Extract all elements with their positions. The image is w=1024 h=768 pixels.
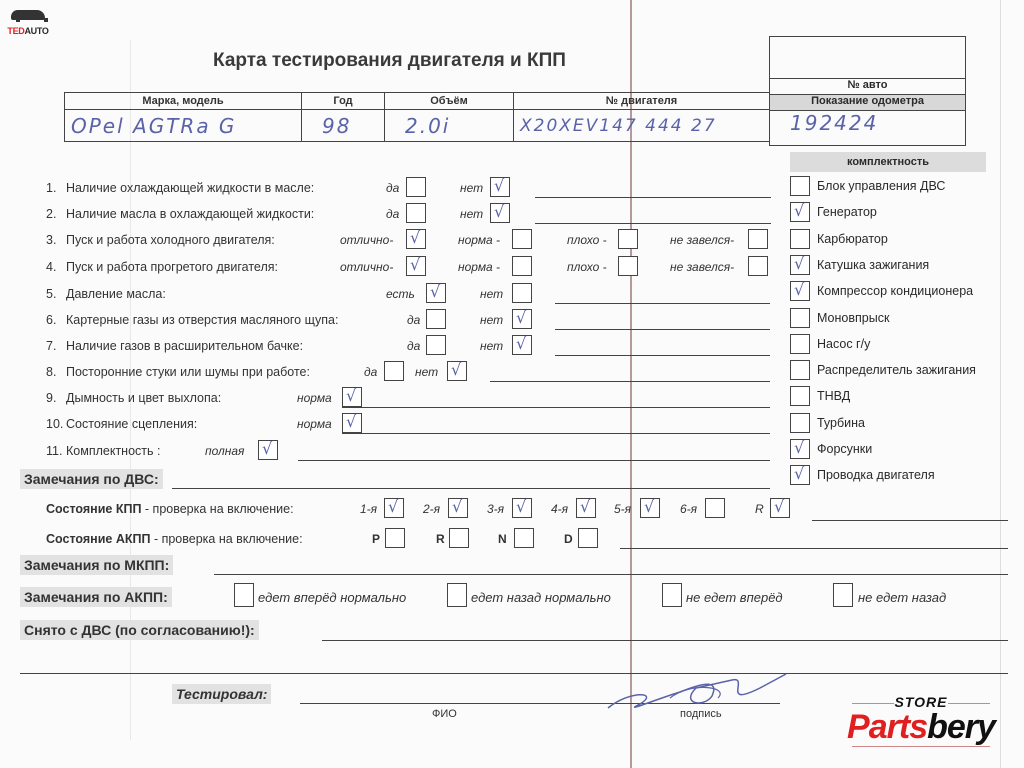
tested-label: Тестировал:	[172, 684, 271, 704]
mode-label: R	[436, 532, 445, 546]
mode-label: D	[564, 532, 573, 546]
option-label: плохо -	[567, 233, 607, 247]
option-label: да	[386, 181, 399, 195]
komplektnost-checkbox[interactable]	[790, 176, 810, 196]
mode-checkbox[interactable]	[578, 528, 598, 548]
checklist-item-5: 5.Давление масла:	[46, 287, 166, 301]
fio-label: ФИО	[432, 708, 457, 720]
option-checkbox[interactable]	[748, 256, 768, 276]
gear-checkbox[interactable]	[576, 498, 596, 518]
notes-line[interactable]	[535, 197, 771, 198]
akpp-remark-label: не едет вперёд	[686, 590, 783, 605]
komplektnost-label: ТНВД	[817, 389, 850, 403]
mode-checkbox[interactable]	[514, 528, 534, 548]
remarks-mkpp-line[interactable]	[214, 574, 1008, 575]
akpp-remark-checkbox[interactable]	[447, 583, 467, 607]
checklist-item-4: 4.Пуск и работа прогретого двигателя:	[46, 260, 278, 274]
item-number: 2.	[46, 207, 66, 221]
auto-box: № авто Показание одометра 192424	[769, 36, 966, 146]
option-label: нет	[480, 313, 503, 327]
option-label: отлично-	[340, 233, 393, 247]
komplektnost-label: Проводка двигателя	[817, 468, 935, 482]
option-label: не завелся-	[670, 260, 734, 274]
komplektnost-checkbox[interactable]	[790, 386, 810, 406]
option-checkbox[interactable]	[512, 283, 532, 303]
komplektnost-item: Проводка двигателя	[790, 465, 935, 485]
option-label: норма -	[458, 233, 500, 247]
notes-line[interactable]	[555, 355, 770, 356]
remarks-dvs-label: Замечания по ДВС:	[20, 469, 163, 489]
komplektnost-label: Насос г/у	[817, 337, 870, 351]
mode-checkbox[interactable]	[449, 528, 469, 548]
item-label: Пуск и работа прогретого двигателя:	[66, 260, 278, 274]
komplektnost-label: Блок управления ДВС	[817, 179, 945, 193]
komplektnost-label: Моновпрыск	[817, 311, 889, 325]
brand-name-red: Parts	[847, 708, 927, 746]
option-label: не завелся-	[670, 233, 734, 247]
notes-line[interactable]	[298, 460, 770, 461]
col-volume: Объём	[385, 93, 514, 110]
komplektnost-checkbox[interactable]	[790, 255, 810, 275]
option-label: норма	[297, 417, 332, 431]
komplektnost-label: Форсунки	[817, 442, 872, 456]
notes-line[interactable]	[342, 407, 770, 408]
odometer-label: Показание одометра	[770, 95, 965, 111]
vehicle-info-table: Марка, модель Год Объём № двигателя OPel…	[64, 92, 770, 142]
auto-no-label: № авто	[770, 79, 965, 95]
komplektnost-item: ТНВД	[790, 386, 850, 406]
tedauto-logo: TEDAUTO	[6, 10, 50, 36]
brand-underline	[852, 746, 990, 747]
option-label: да	[364, 365, 377, 379]
option-label: норма	[297, 391, 332, 405]
komplektnost-checkbox[interactable]	[790, 334, 810, 354]
option-label: нет	[460, 181, 483, 195]
option-label: нет	[480, 339, 503, 353]
akpp-remark-label: едет вперёд нормально	[258, 590, 406, 605]
komplektnost-item: Распределитель зажигания	[790, 360, 976, 380]
akpp-remark-checkbox[interactable]	[234, 583, 254, 607]
komplektnost-checkbox[interactable]	[790, 439, 810, 459]
akpp-label-bold: Состояние АКПП	[46, 532, 150, 546]
mode-label: N	[498, 532, 507, 546]
col-year: Год	[302, 93, 385, 110]
akpp-remark-label: не едет назад	[858, 590, 946, 605]
kpp-notes-line[interactable]	[812, 520, 1008, 521]
option-checkbox[interactable]	[342, 413, 362, 433]
item-label: Наличие охлаждающей жидкости в масле:	[66, 181, 314, 195]
item-label: Наличие масла в охлаждающей жидкости:	[66, 207, 314, 221]
item-label: Наличие газов в расширительном бачке:	[66, 339, 303, 353]
option-label: да	[407, 313, 420, 327]
komplektnost-label: Генератор	[817, 205, 877, 219]
option-checkbox[interactable]	[258, 440, 278, 460]
akpp-label-rest: - проверка на включение:	[150, 532, 302, 546]
option-checkbox[interactable]	[490, 203, 510, 223]
kpp-label: Состояние КПП - проверка на включение:	[46, 502, 294, 516]
removed-label: Снято с ДВС (по согласованию!):	[20, 620, 259, 640]
brand-store: STORE	[836, 694, 1006, 710]
option-label: да	[407, 339, 420, 353]
notes-line[interactable]	[490, 381, 770, 382]
checklist-item-7: 7.Наличие газов в расширительном бачке:	[46, 339, 303, 353]
notes-line[interactable]	[555, 303, 770, 304]
akpp-remark-checkbox[interactable]	[662, 583, 682, 607]
checklist-item-3: 3.Пуск и работа холодного двигателя:	[46, 233, 275, 247]
auto-no-field[interactable]	[770, 37, 965, 79]
akpp-remark-label: едет назад нормально	[471, 590, 611, 605]
komplektnost-item: Турбина	[790, 413, 865, 433]
col-engine-no: № двигателя	[514, 93, 770, 110]
option-checkbox[interactable]	[384, 361, 404, 381]
gear-checkbox[interactable]	[705, 498, 725, 518]
car-icon	[11, 10, 45, 20]
notes-line[interactable]	[555, 329, 770, 330]
checklist-item-11: 11.Комплектность :	[46, 444, 160, 458]
komplektnost-item: Генератор	[790, 202, 877, 222]
kpp-label-bold: Состояние КПП	[46, 502, 141, 516]
year-value[interactable]: 98	[302, 110, 385, 142]
item-label: Посторонние стуки или шумы при работе:	[66, 365, 310, 379]
item-label: Дымность и цвет выхлопа:	[66, 391, 221, 405]
option-checkbox[interactable]	[426, 335, 446, 355]
item-label: Комплектность :	[66, 444, 160, 458]
komplektnost-item: Карбюратор	[790, 229, 888, 249]
komplektnost-checkbox[interactable]	[790, 413, 810, 433]
item-number: 4.	[46, 260, 66, 274]
notes-line[interactable]	[535, 223, 771, 224]
option-label: есть	[386, 287, 415, 301]
gear-checkbox[interactable]	[770, 498, 790, 518]
item-label: Давление масла:	[66, 287, 166, 301]
checklist-item-8: 8.Посторонние стуки или шумы при работе:	[46, 365, 310, 379]
option-label: нет	[460, 207, 483, 221]
remarks-mkpp-label: Замечания по МКПП:	[20, 555, 173, 575]
odometer-value[interactable]: 192424	[770, 111, 965, 135]
logo-text-dark: AUTO	[24, 26, 48, 36]
option-checkbox[interactable]	[512, 229, 532, 249]
item-number: 8.	[46, 365, 66, 379]
option-label: да	[386, 207, 399, 221]
signature-scribble	[600, 668, 790, 718]
option-checkbox[interactable]	[512, 256, 532, 276]
komplektnost-label: Катушка зажигания	[817, 258, 929, 272]
item-number: 6.	[46, 313, 66, 327]
item-label: Картерные газы из отверстия масляного щу…	[66, 313, 338, 327]
gear-label: 6-я	[680, 502, 697, 516]
item-number: 9.	[46, 391, 66, 405]
option-label: отлично-	[340, 260, 393, 274]
akpp-label: Состояние АКПП - проверка на включение:	[46, 532, 303, 546]
gear-label: 3-я	[487, 502, 504, 516]
logo-text-red: TED	[7, 26, 24, 36]
option-checkbox[interactable]	[406, 256, 426, 276]
akpp-remark-checkbox[interactable]	[833, 583, 853, 607]
komplektnost-checkbox[interactable]	[790, 229, 810, 249]
item-number: 10.	[46, 417, 66, 431]
remarks-dvs-line[interactable]	[172, 488, 770, 489]
option-label: норма -	[458, 260, 500, 274]
gear-label: 1-я	[360, 502, 377, 516]
item-number: 7.	[46, 339, 66, 353]
option-checkbox[interactable]	[342, 387, 362, 407]
partsbery-logo: STORE Partsbery	[836, 694, 1006, 747]
komplektnost-checkbox[interactable]	[790, 202, 810, 222]
komplektnost-label: Карбюратор	[817, 232, 888, 246]
option-checkbox[interactable]	[406, 177, 426, 197]
checklist-item-10: 10.Состояние сцепления:	[46, 417, 197, 431]
notes-line[interactable]	[342, 433, 770, 434]
brand-name-dark: bery	[927, 708, 995, 746]
option-checkbox[interactable]	[618, 229, 638, 249]
gear-label: 2-я	[423, 502, 440, 516]
checklist-item-1: 1.Наличие охлаждающей жидкости в масле:	[46, 181, 314, 195]
komplektnost-item: Компрессор кондиционера	[790, 281, 973, 301]
checklist-item-6: 6.Картерные газы из отверстия масляного …	[46, 313, 338, 327]
item-label: Пуск и работа холодного двигателя:	[66, 233, 275, 247]
komplektnost-checkbox[interactable]	[790, 360, 810, 380]
option-checkbox[interactable]	[447, 361, 467, 381]
col-make-model: Марка, модель	[65, 93, 302, 110]
mode-label: P	[372, 532, 380, 546]
option-label: нет	[415, 365, 438, 379]
checklist-item-2: 2.Наличие масла в охлаждающей жидкости:	[46, 207, 314, 221]
option-checkbox[interactable]	[426, 283, 446, 303]
volume-value[interactable]: 2.0i	[385, 110, 514, 142]
option-checkbox[interactable]	[618, 256, 638, 276]
mode-checkbox[interactable]	[385, 528, 405, 548]
komplektnost-label: Компрессор кондиционера	[817, 284, 973, 298]
gear-label: R	[755, 502, 764, 516]
option-checkbox[interactable]	[490, 177, 510, 197]
option-label: полная	[205, 444, 244, 458]
item-number: 3.	[46, 233, 66, 247]
checklist-item-9: 9.Дымность и цвет выхлопа:	[46, 391, 221, 405]
gear-checkbox[interactable]	[512, 498, 532, 518]
gear-checkbox[interactable]	[448, 498, 468, 518]
gear-label: 5-я	[614, 502, 631, 516]
gear-label: 4-я	[551, 502, 568, 516]
option-checkbox[interactable]	[512, 335, 532, 355]
make-model-value[interactable]: OPel AGTRa G	[65, 110, 302, 142]
gear-checkbox[interactable]	[640, 498, 660, 518]
option-checkbox[interactable]	[426, 309, 446, 329]
paper-edge	[1000, 0, 1001, 768]
option-checkbox[interactable]	[406, 229, 426, 249]
gear-checkbox[interactable]	[384, 498, 404, 518]
item-number: 11.	[46, 444, 66, 458]
komplektnost-item: Форсунки	[790, 439, 872, 459]
akpp-notes-line[interactable]	[620, 548, 1008, 549]
engine-no-value[interactable]: X20XEV147 444 27	[514, 110, 770, 142]
remarks-akpp-label: Замечания по АКПП:	[20, 587, 172, 607]
option-label: нет	[480, 287, 503, 301]
komplektnost-checkbox[interactable]	[790, 308, 810, 328]
komplektnost-checkbox[interactable]	[790, 465, 810, 485]
option-checkbox[interactable]	[406, 203, 426, 223]
komplektnost-item: Насос г/у	[790, 334, 870, 354]
komplektnost-item: Катушка зажигания	[790, 255, 929, 275]
option-checkbox[interactable]	[748, 229, 768, 249]
komplektnost-item: Моновпрыск	[790, 308, 889, 328]
komplektnost-label: Турбина	[817, 416, 865, 430]
item-number: 1.	[46, 181, 66, 195]
komplektnost-item: Блок управления ДВС	[790, 176, 945, 196]
removed-line-2[interactable]	[20, 673, 1008, 674]
option-label: плохо -	[567, 260, 607, 274]
item-number: 5.	[46, 287, 66, 301]
page-title: Карта тестирования двигателя и КПП	[213, 50, 566, 72]
komplektnost-checkbox[interactable]	[790, 281, 810, 301]
option-checkbox[interactable]	[512, 309, 532, 329]
komplektnost-title: комплектность	[790, 152, 986, 172]
komplektnost-label: Распределитель зажигания	[817, 363, 976, 377]
item-label: Состояние сцепления:	[66, 417, 197, 431]
kpp-label-rest: - проверка на включение:	[141, 502, 293, 516]
removed-line[interactable]	[322, 640, 1008, 641]
